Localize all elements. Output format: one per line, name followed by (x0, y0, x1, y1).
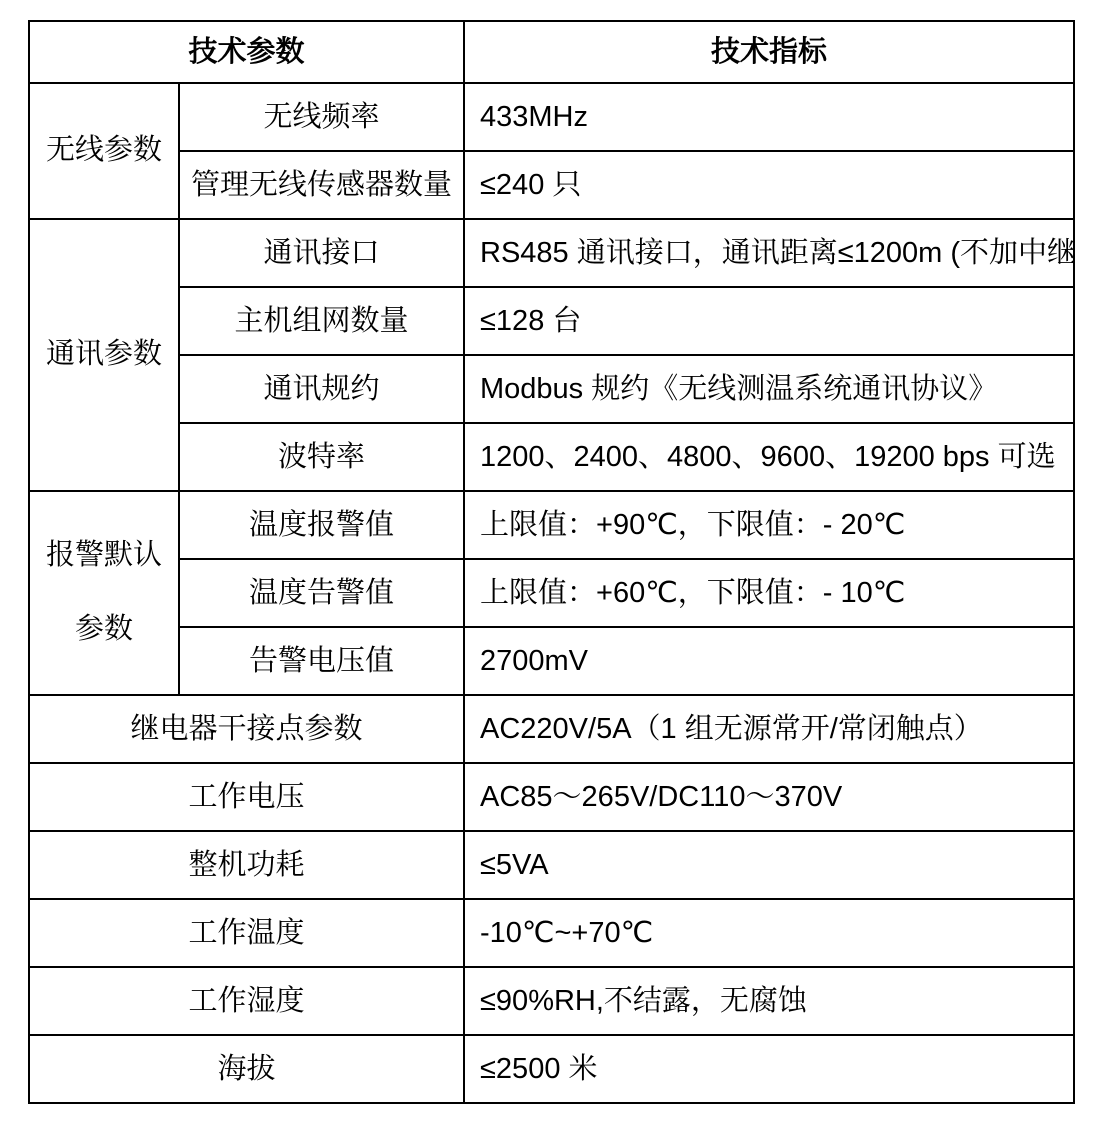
value-cell: 1200、2400、4800、9600、19200 bps 可选 (464, 423, 1074, 491)
table-row: 温度告警值 上限值：+60℃，下限值：- 10℃ (29, 559, 1074, 627)
value-cell: -10℃~+70℃ (464, 899, 1074, 967)
param-cell: 整机功耗 (29, 831, 464, 899)
param-cell: 温度报警值 (179, 491, 464, 559)
param-cell: 工作电压 (29, 763, 464, 831)
param-cell: 继电器干接点参数 (29, 695, 464, 763)
document-page: 技术参数 技术指标 无线参数 无线频率 433MHz 管理无线传感器数量 ≤24… (0, 0, 1098, 1128)
value-cell: AC85～265V/DC110～370V (464, 763, 1074, 831)
param-cell: 无线频率 (179, 83, 464, 151)
table-row: 工作温度 -10℃~+70℃ (29, 899, 1074, 967)
param-cell: 告警电压值 (179, 627, 464, 695)
value-cell: ≤128 台 (464, 287, 1074, 355)
param-cell: 通讯接口 (179, 219, 464, 287)
value-cell: Modbus 规约《无线测温系统通讯协议》 (464, 355, 1074, 423)
table-row: 波特率 1200、2400、4800、9600、19200 bps 可选 (29, 423, 1074, 491)
group-label: 报警默认参数 (41, 519, 167, 667)
table-row: 主机组网数量 ≤128 台 (29, 287, 1074, 355)
param-cell: 主机组网数量 (179, 287, 464, 355)
group-label: 无线参数 (41, 114, 167, 188)
value-cell: 433MHz (464, 83, 1074, 151)
table-header-row: 技术参数 技术指标 (29, 21, 1074, 83)
param-cell: 温度告警值 (179, 559, 464, 627)
table-row: 告警电压值 2700mV (29, 627, 1074, 695)
value-cell: ≤5VA (464, 831, 1074, 899)
table-row: 海拔 ≤2500 米 (29, 1035, 1074, 1103)
table-row: 管理无线传感器数量 ≤240 只 (29, 151, 1074, 219)
param-cell: 波特率 (179, 423, 464, 491)
table-row: 工作湿度 ≤90%RH,不结露，无腐蚀 (29, 967, 1074, 1035)
value-cell: ≤2500 米 (464, 1035, 1074, 1103)
param-cell: 工作温度 (29, 899, 464, 967)
technical-spec-table: 技术参数 技术指标 无线参数 无线频率 433MHz 管理无线传感器数量 ≤24… (28, 20, 1075, 1104)
header-cell-spec: 技术指标 (464, 21, 1074, 83)
table-row: 整机功耗 ≤5VA (29, 831, 1074, 899)
table-row: 通讯规约 Modbus 规约《无线测温系统通讯协议》 (29, 355, 1074, 423)
value-cell: RS485 通讯接口，通讯距离≤1200m (不加中继) (464, 219, 1074, 287)
param-cell: 管理无线传感器数量 (179, 151, 464, 219)
param-cell: 工作湿度 (29, 967, 464, 1035)
group-label: 通讯参数 (41, 318, 167, 392)
table-row: 工作电压 AC85～265V/DC110～370V (29, 763, 1074, 831)
group-cell-communication: 通讯参数 (29, 219, 179, 491)
table-row: 报警默认参数 温度报警值 上限值：+90℃，下限值：- 20℃ (29, 491, 1074, 559)
value-cell: 2700mV (464, 627, 1074, 695)
header-cell-params: 技术参数 (29, 21, 464, 83)
group-cell-alarm-defaults: 报警默认参数 (29, 491, 179, 695)
value-cell: ≤240 只 (464, 151, 1074, 219)
param-cell: 海拔 (29, 1035, 464, 1103)
value-cell: 上限值：+60℃，下限值：- 10℃ (464, 559, 1074, 627)
table-row: 无线参数 无线频率 433MHz (29, 83, 1074, 151)
table-row: 通讯参数 通讯接口 RS485 通讯接口，通讯距离≤1200m (不加中继) (29, 219, 1074, 287)
table-row: 继电器干接点参数 AC220V/5A（1 组无源常开/常闭触点） (29, 695, 1074, 763)
group-cell-wireless: 无线参数 (29, 83, 179, 219)
value-cell: 上限值：+90℃，下限值：- 20℃ (464, 491, 1074, 559)
value-cell: AC220V/5A（1 组无源常开/常闭触点） (464, 695, 1074, 763)
param-cell: 通讯规约 (179, 355, 464, 423)
value-cell: ≤90%RH,不结露，无腐蚀 (464, 967, 1074, 1035)
